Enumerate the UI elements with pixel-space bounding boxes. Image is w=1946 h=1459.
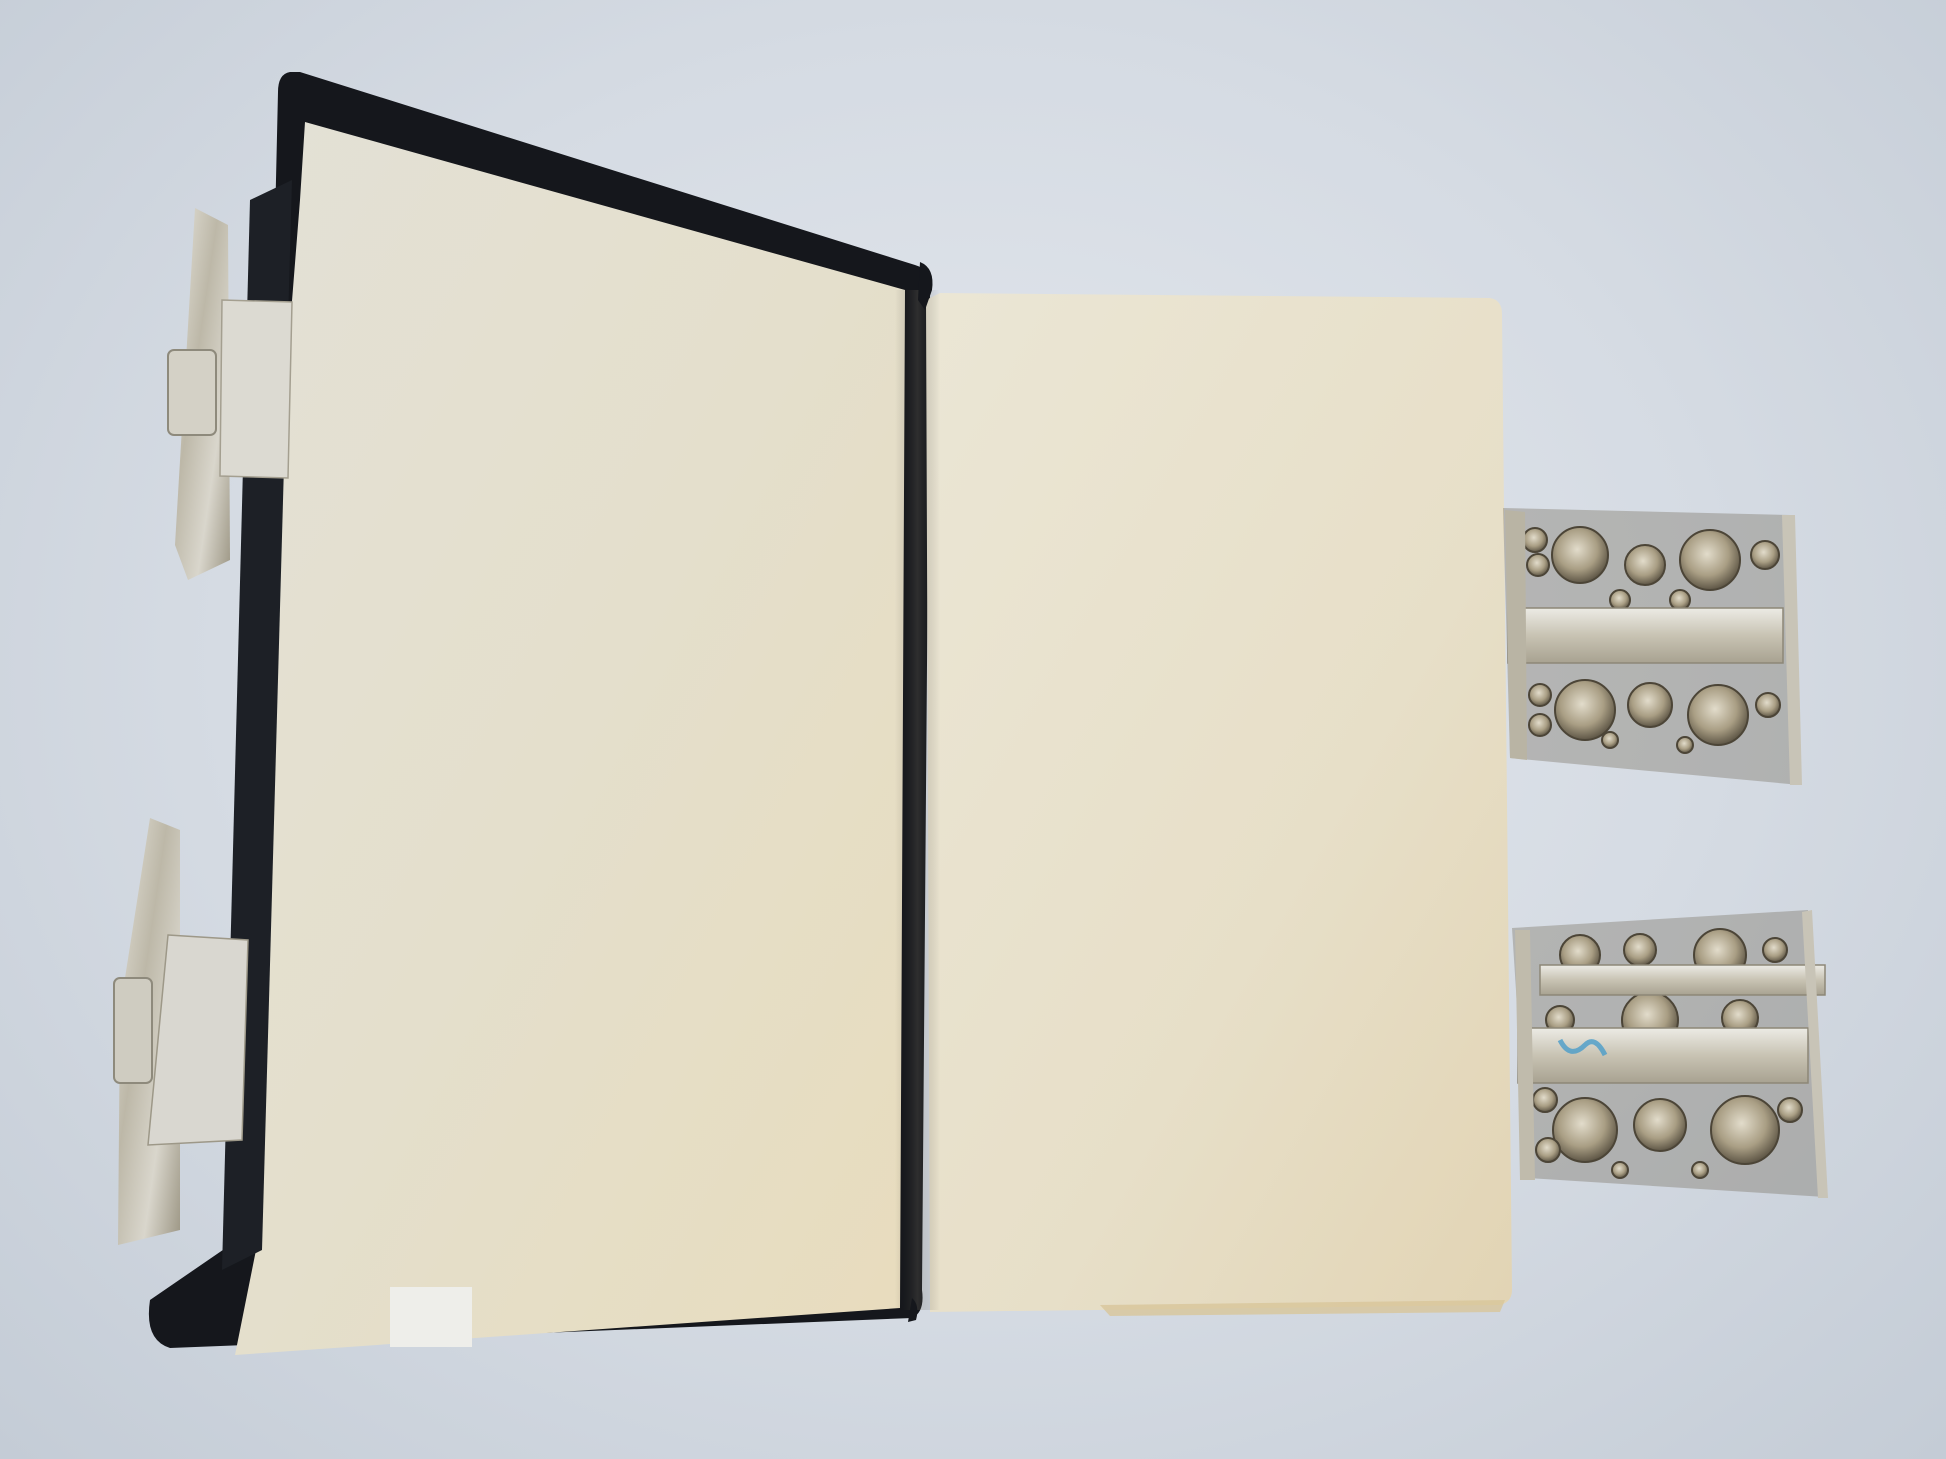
- right-page: [926, 293, 1512, 1316]
- clasp-right-upper: [1503, 508, 1802, 785]
- clasp-right-lower: [1512, 910, 1828, 1198]
- left-pastedown: [230, 122, 905, 1355]
- label-patch: [390, 1287, 472, 1347]
- photo-scene: [0, 0, 1946, 1459]
- gutter: [895, 290, 940, 1310]
